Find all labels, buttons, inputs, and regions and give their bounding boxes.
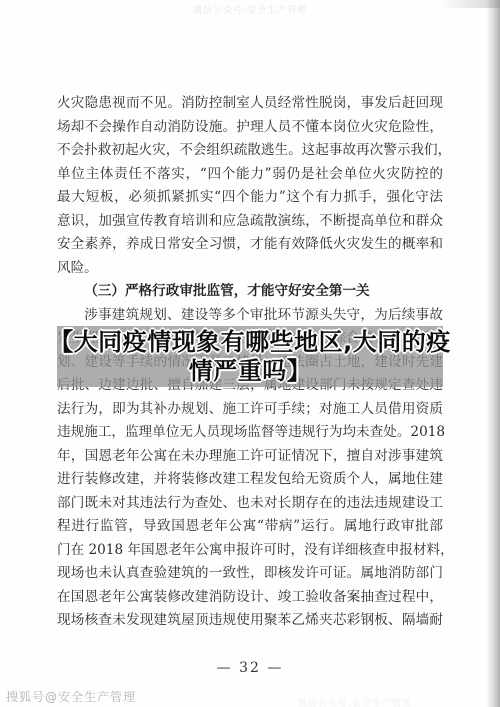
page-number: — 32 —	[0, 660, 500, 676]
document-page: 微信公众号:安全生产管理 火灾隐患视而不见。消防控制室人员经常性脱岗，事发后赶回…	[0, 0, 500, 707]
body-text-line: 门在 2018 年国恩老年公寓申报许可时，没有详细核查申报材料，	[57, 539, 443, 563]
overlay-title-line: 情严重吗】	[189, 357, 312, 386]
body-text-line: 现场也未认真查验建筑的一致性，即核发许可证。属地消防部门	[57, 562, 443, 586]
body-text-line: 风险。	[57, 257, 443, 281]
body-text-line: 涉事建筑规划、建设等多个审批环节源头失守，为后续事故	[57, 304, 443, 328]
body-text-line: 进行装修改建，并将装修改建工程发包给无资质个人，属地住建	[57, 468, 443, 492]
body-text-line: 火灾隐患视而不见。消防控制室人员经常性脱岗，事发后赶回现	[57, 92, 443, 116]
body-text-line: 不会扑救初起火灾，不会组织疏散逃生。这起事故再次警示我们，	[57, 139, 443, 163]
watermark-bottom-left: 搜狐号@安全生产管理	[6, 688, 136, 705]
body-text-line: 违规施工，监理单位无人员现场监督等违规行为均未查处。2018	[57, 421, 443, 445]
overlay-title-banner: 【大同疫情现象有哪些地区,大同的疫 情严重吗】	[57, 326, 443, 387]
body-text-line: 场却不会操作自动消防设施。护理人员不懂本岗位火灾危险性，	[57, 116, 443, 140]
section-heading: （三）严格行政审批监管，才能守好安全第一关	[57, 280, 443, 304]
body-text-line: 在国恩老年公寓装修改建消防设计、竣工验收备案抽查过程中，	[57, 586, 443, 610]
body-text-line: 部门既未对其违法行为查处、也未对长期存在的违法违规建设工	[57, 492, 443, 516]
scan-shadow-right-edge	[486, 0, 500, 707]
body-text-line: 年，国恩老年公寓在未办理施工许可证情况下，擅自对涉事建筑	[57, 445, 443, 469]
body-text-line: 程进行监管，导致国恩老年公寓“带病”运行。属地行政审批部	[57, 515, 443, 539]
body-text-line: 最大短板，必须抓紧抓实“四个能力”这个有力抓手，强化守法	[57, 186, 443, 210]
body-text-line: 意识，加强宣传教育培训和应急疏散演练，不断提高单位和群众	[57, 210, 443, 234]
body-text-line: 法行为，即为其补办规划、施工许可手续；对施工人员借用资质	[57, 398, 443, 422]
body-text-line: 单位主体责任不落实，“四个能力”弱仍是社会单位火灾防控的	[57, 163, 443, 187]
body-text-line: 安全素养，养成日常安全习惯，才能有效降低火灾发生的概率和	[57, 233, 443, 257]
overlay-title-line: 【大同疫情现象有哪些地区,大同的疫	[49, 328, 451, 357]
watermark-top: 微信公众号:安全生产管理	[193, 3, 307, 16]
watermark-bottom-right: 微信公众号:安全生产管理	[298, 696, 412, 707]
body-text-line: 现场核查未发现建筑屋顶违规使用聚苯乙烯夹芯彩钢板、隔墙耐	[57, 609, 443, 633]
scan-shadow-top-corner	[440, 0, 500, 8]
